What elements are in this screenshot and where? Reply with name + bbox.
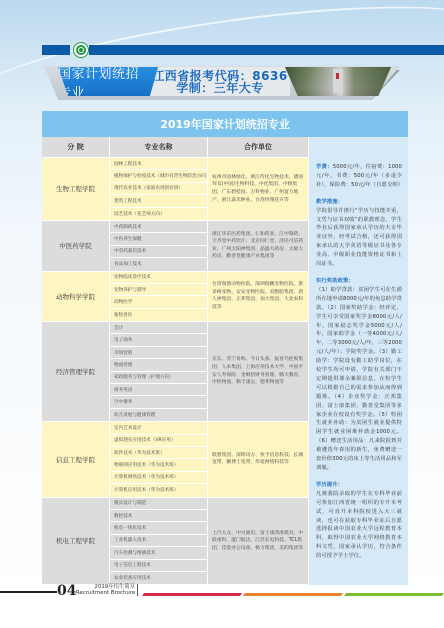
page-number: 04: [57, 583, 76, 599]
major-item: 现代农业技术（家庭农场创业班）: [110, 183, 207, 195]
upgrade-section: 学历提升： 凡被我院录取的学生在专科毕业前可参加江西省统一组织的专升本考试，可直…: [316, 481, 402, 561]
partner-list: 台湾瑞德动物医院、深圳瑞鹏宠物医院、派多格宠物、安安宠物医院、双胞胎集团、唐人神…: [208, 272, 308, 322]
major-item: 园林工程技术: [110, 158, 207, 170]
campus-photo: [285, 67, 391, 96]
partner-list: 京东、苏宁易购、今日头条、报喜鸟控股集团、人本集团、上海应用技术大学、中国平安人…: [208, 322, 308, 421]
info-sidebar: 学费：5000元/年，住宿费：1000元/年，书费：500元/年（多退少补），保…: [308, 137, 408, 585]
banner-tab-label: 国家计划统招专业: [58, 67, 158, 96]
major-item: 软件技术（华为技术班）: [110, 447, 207, 459]
major-item: 室内艺术设计: [110, 422, 207, 434]
aid-section: 实行奖助政策： （1）助学贷款：贫困学生可在生源所在地申请8000元/年的免息助…: [316, 277, 402, 473]
major-item: 电子信息工程技术: [110, 560, 207, 572]
major-item: 园艺技术（花艺师方向）: [110, 208, 207, 220]
teaching-text: 学院倡导并推行“学历与技能并重，文凭与证书双收”的职教理念，学生毕业后获得国家承…: [316, 207, 402, 269]
footer-rule: [0, 591, 57, 593]
major-item: 商务英语: [110, 384, 207, 396]
major-item: 幼儿发展与健康管理: [110, 409, 207, 421]
partner-list: 浙江华东医药集团、仁和药业、江中制药、天齐堂中药饮片、北京同仁堂、济民可信药业、…: [208, 221, 308, 271]
partner-list: 杭州市园林绿化、浙江传化生物技术、德国拜耳(中国)生物科技、中化集团、中粮集团、…: [208, 158, 308, 220]
major-item: 中草药栽培技术: [110, 246, 207, 258]
major-item: 物流管理: [110, 359, 207, 371]
major-item: 中医养生保健: [110, 233, 207, 245]
college-name: 生物工程学院: [42, 158, 110, 220]
major-item: 中药制药技术: [110, 221, 207, 233]
major-item: 家政服务与管理（护理方向）: [110, 372, 207, 384]
header-partner: 合作单位: [208, 137, 308, 157]
major-item: 畜牧兽医: [110, 309, 207, 321]
teaching-title: 教学措施：: [316, 198, 402, 207]
footer-bar-orange: [243, 593, 343, 596]
major-item: 建筑工程技术: [110, 195, 207, 207]
aid-text: （1）助学贷款：贫困学生可在生源所在地申请8000元/年的免息助学贷款。（2）国…: [316, 286, 402, 473]
footer-bar-red: [142, 593, 242, 596]
major-item: 食品加工技术: [110, 258, 207, 270]
college-name: 中医药学院: [42, 221, 110, 271]
college-name: 动物科学学院: [42, 272, 110, 322]
major-item: 虚拟现实应用技术（VR应用）: [110, 435, 207, 447]
upgrade-text: 凡被我院录取的学生在专科毕业前可参加江西省统一组织的专升本考试，可直升本科院校进…: [316, 490, 402, 561]
major-item: 会计: [110, 322, 207, 334]
college-group-tcm: 中医药学院 中药制药技术 中医养生保健 中草药栽培技术 食品加工技术 浙江华东医…: [42, 221, 308, 272]
major-item: 计算机网络技术（华为技术班）: [110, 472, 207, 484]
page-footer: 04 2019年招生简章 Recruitment Brochure: [0, 582, 444, 602]
partner-list: 上汽大众、中兴通讯、富士康鸿准模具、中联重科、厦门航达、江苏长电科技、TCL集团…: [208, 498, 308, 585]
fees-title: 学费：: [316, 164, 333, 170]
college-name: 机电工程学院: [42, 498, 110, 585]
footer-title: 2019年招生简章 Recruitment Brochure: [76, 584, 135, 596]
partner-list: 联想集团、深圳讯方、快手信息科技、长城宽带、鹏博士宽带、华爱网络科技等: [208, 422, 308, 496]
major-item: 空中乘务: [110, 396, 207, 408]
major-item: 植物保护与检疫技术（城市有害生物防治方向）: [110, 170, 207, 182]
header-bar-left: [42, 45, 70, 55]
program-duration: 学制：三年大专: [176, 82, 264, 94]
college-group-it: 信息工程学院 室内艺术设计 虚拟现实应用技术（VR应用） 软件技术（华为技术班）…: [42, 422, 308, 497]
table-title: 2019年国家计划统招专业: [42, 111, 408, 137]
header-college: 分 院: [42, 137, 110, 157]
major-item: 宠物养护与驯导: [110, 284, 207, 296]
major-item: 机电一体化技术: [110, 522, 207, 534]
teaching-section: 教学措施： 学院倡导并推行“学历与技能并重，文凭与证书双收”的职教理念，学生毕业…: [316, 198, 402, 269]
major-item: 工业机器人技术: [110, 535, 207, 547]
college-group-biology: 生物工程学院 园林工程技术 植物保护与检疫技术（城市有害生物防治方向） 现代农业…: [42, 158, 308, 221]
footer-divider: [137, 584, 138, 596]
major-item: 电子商务: [110, 334, 207, 346]
major-item: 数控技术: [110, 510, 207, 522]
school-logo-icon: [74, 43, 88, 57]
header-major: 专业名称: [110, 137, 208, 157]
major-item: 宠物临床诊疗技术: [110, 272, 207, 284]
header-bar-right: [89, 45, 444, 55]
college-name: 经济管理学院: [42, 322, 110, 421]
college-group-mechatronics: 机电工程学院 模具设计与制造 数控技术 机电一体化技术 工业机器人技术 汽车检测…: [42, 498, 308, 586]
banner-info: 江西省报考代码：8636 学制：三年大专: [150, 67, 290, 96]
majors-table: 2019年国家计划统招专业 分 院 专业名称 合作单位 生物工程学院 园林工程技…: [42, 111, 408, 585]
enrollment-code: 江西省报考代码：8636: [152, 70, 287, 82]
major-item: 市场营销: [110, 347, 207, 359]
upgrade-title: 学历提升：: [316, 481, 402, 490]
major-item: 物联网应用技术（华为技术班）: [110, 459, 207, 471]
table-header-row: 分 院 专业名称 合作单位: [42, 137, 308, 158]
major-item: 动物医学: [110, 296, 207, 308]
footer-title-en: Recruitment Brochure: [76, 590, 135, 596]
major-item: 模具设计与制造: [110, 498, 207, 510]
aid-title: 实行奖助政策：: [316, 277, 402, 286]
college-name: 信息工程学院: [42, 422, 110, 496]
college-group-economics: 经济管理学院 会计 电子商务 市场营销 物流管理 家政服务与管理（护理方向） 商…: [42, 322, 308, 422]
major-item: 汽车检测与维修技术: [110, 547, 207, 559]
major-item: 计算机应用技术（华为技术班）: [110, 484, 207, 496]
majors-main-column: 分 院 专业名称 合作单位 生物工程学院 园林工程技术 植物保护与检疫技术（城市…: [42, 137, 308, 585]
footer-bar-green: [344, 593, 444, 596]
fees-section: 学费：5000元/年，住宿费：1000元/年，书费：500元/年（多退少补），保…: [316, 163, 402, 190]
college-group-animal-science: 动物科学学院 宠物临床诊疗技术 宠物养护与驯导 动物医学 畜牧兽医 台湾瑞德动物…: [42, 272, 308, 323]
